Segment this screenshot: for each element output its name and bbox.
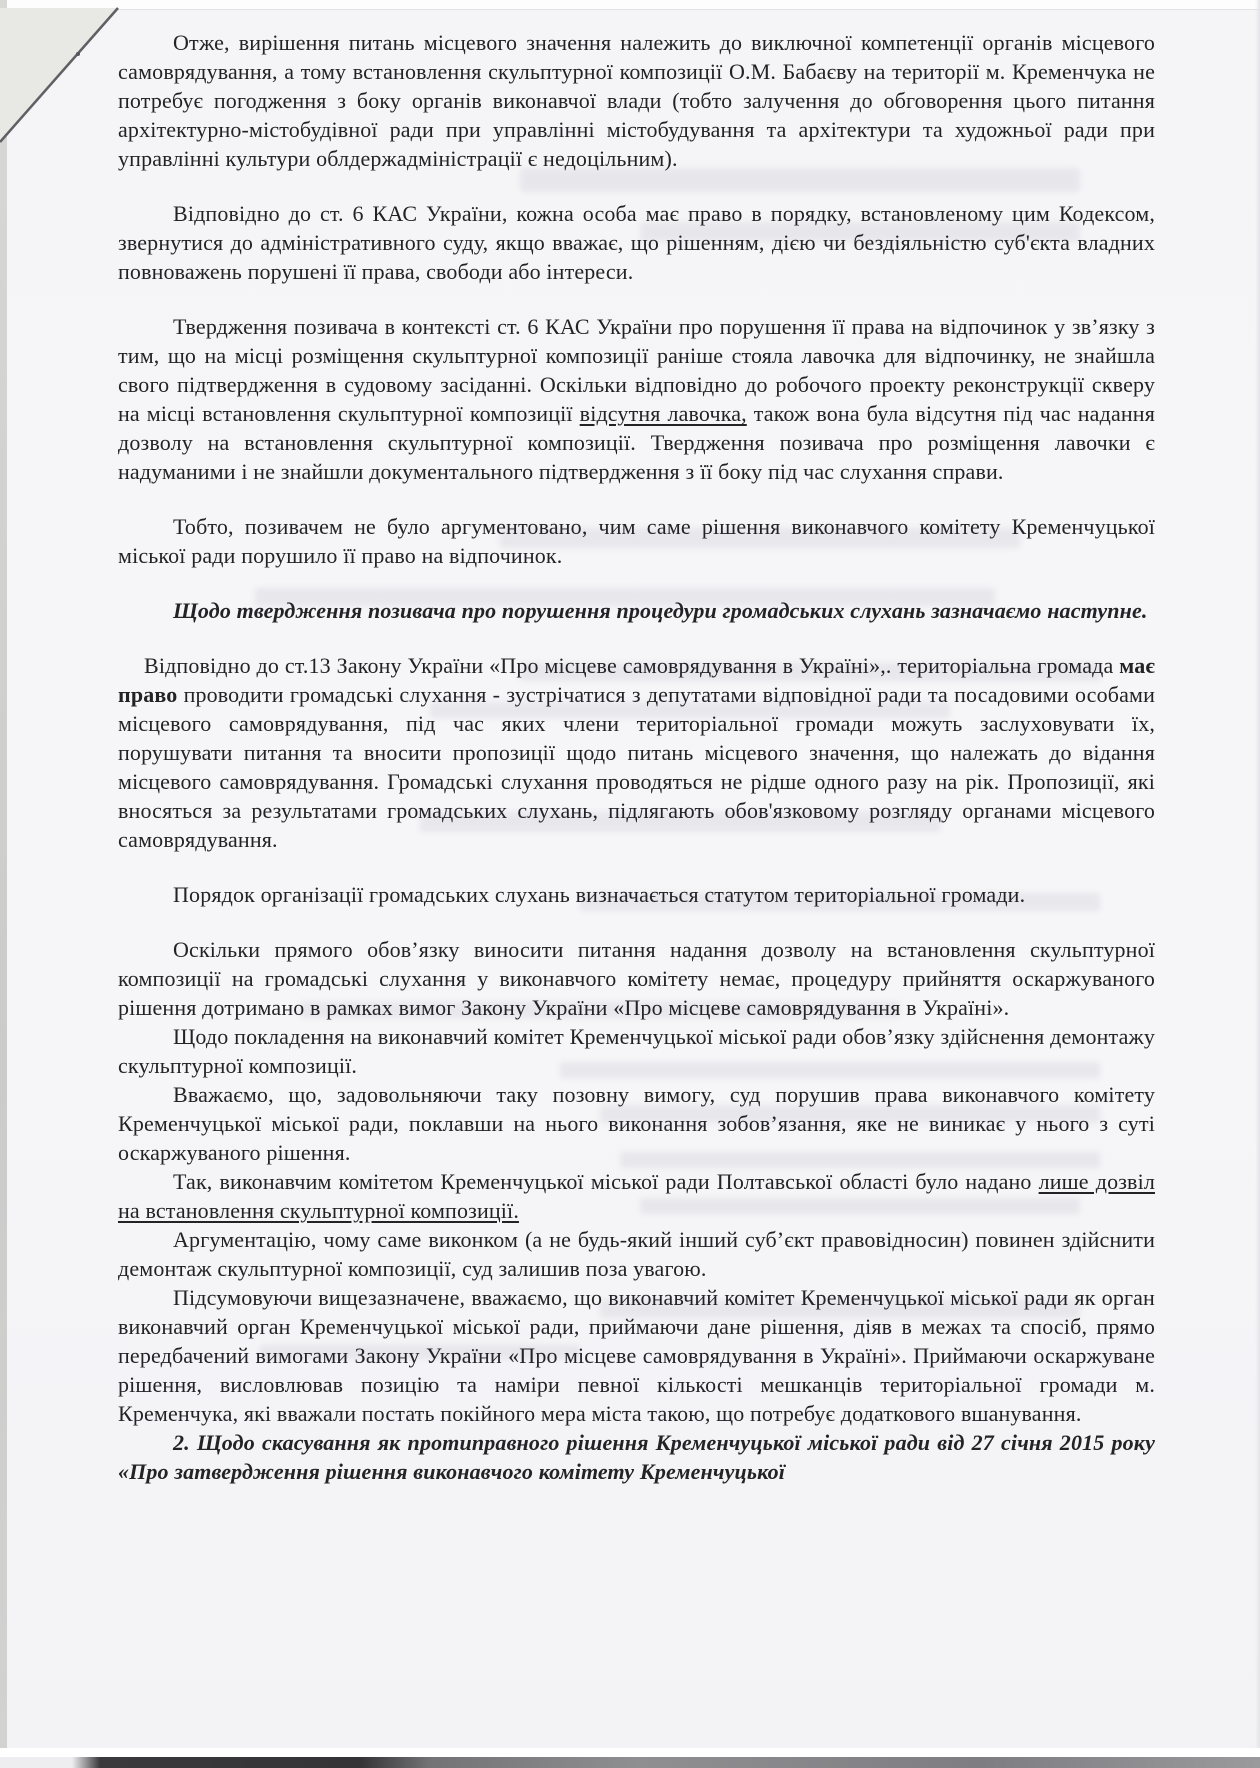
scanned-document-page: Отже, вирішення питань місцевого значенн… — [0, 0, 1260, 1768]
paragraph: Аргументацію, чому саме виконком (а не б… — [118, 1225, 1155, 1283]
paragraph: Відповідно до ст. 6 КАС України, кожна о… — [118, 199, 1155, 286]
scan-speck — [76, 52, 80, 56]
paragraph: Відповідно до ст.13 Закону України «Про … — [118, 651, 1155, 854]
text-run: 2. Щодо скасування як протиправного ріше… — [118, 1430, 1155, 1484]
document-body: Отже, вирішення питань місцевого значенн… — [118, 28, 1155, 1486]
text-run: Оскільки прямого обов’язку виносити пита… — [118, 937, 1155, 1020]
subheading-point-2: 2. Щодо скасування як протиправного ріше… — [118, 1428, 1155, 1486]
text-run: Щодо твердження позивача про порушення п… — [173, 598, 1148, 623]
page-bottom-margin — [0, 1748, 1260, 1757]
text-run: Щодо покладення на виконавчий комітет Кр… — [118, 1024, 1155, 1078]
scan-left-edge — [0, 0, 7, 1768]
paragraph: Щодо покладення на виконавчий комітет Кр… — [118, 1022, 1155, 1080]
text-run: Отже, вирішення питань місцевого значенн… — [118, 30, 1155, 171]
text-run: Вважаємо, що, задовольняючи таку позовну… — [118, 1082, 1155, 1165]
paragraph: Так, виконавчим комітетом Кременчуцької … — [118, 1167, 1155, 1225]
paragraph: Оскільки прямого обов’язку виносити пита… — [118, 935, 1155, 1022]
scan-bottom-edge — [0, 1757, 1260, 1768]
text-run: Відповідно до ст.13 Закону України «Про … — [144, 653, 1119, 678]
text-run: Порядок організації громадських слухань … — [173, 882, 1025, 907]
subheading-public-hearings: Щодо твердження позивача про порушення п… — [118, 596, 1155, 625]
paragraph: Підсумовуючи вищезазначене, вважаємо, що… — [118, 1283, 1155, 1428]
text-run: Так, виконавчим комітетом Кременчуцької … — [173, 1169, 1039, 1194]
text-run: Тобто, позивачем не було аргументовано, … — [118, 514, 1155, 568]
text-run: проводити громадські слухання - зустріча… — [118, 682, 1155, 852]
paragraph: Отже, вирішення питань місцевого значенн… — [118, 28, 1155, 173]
text-run: Підсумовуючи вищезазначене, вважаємо, що… — [118, 1285, 1155, 1426]
scan-right-edge — [1255, 0, 1260, 1768]
paragraph: Тобто, позивачем не було аргументовано, … — [118, 512, 1155, 570]
paragraph: Твердження позивача в контексті ст. 6 КА… — [118, 312, 1155, 486]
text-run: Відповідно до ст. 6 КАС України, кожна о… — [118, 201, 1155, 284]
underlined-text-run: відсутня лавочка, — [580, 401, 747, 426]
paragraph: Порядок організації громадських слухань … — [118, 880, 1155, 909]
text-run: Аргументацію, чому саме виконком (а не б… — [118, 1227, 1155, 1281]
paragraph: Вважаємо, що, задовольняючи таку позовну… — [118, 1080, 1155, 1167]
